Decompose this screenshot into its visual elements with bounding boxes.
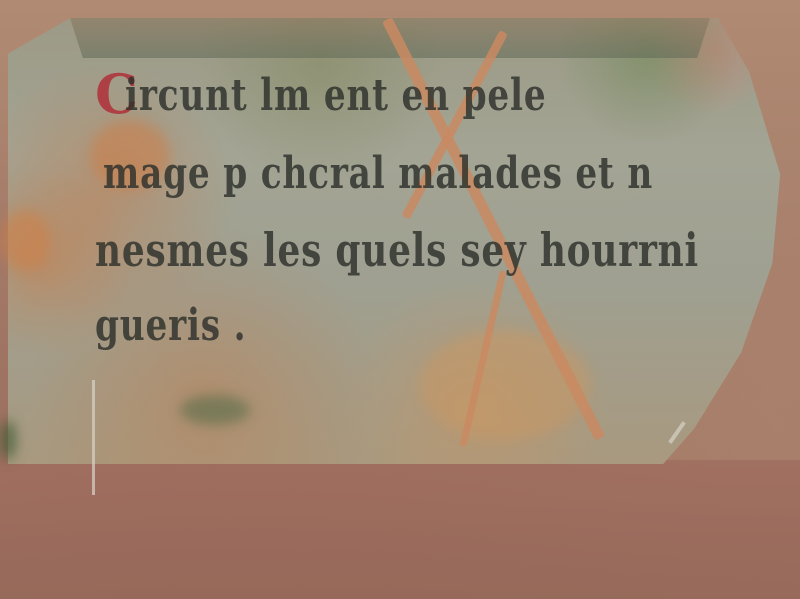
lower-wall-band: [0, 460, 800, 599]
green-plant-motif: [0, 420, 16, 460]
inscription-line-1: ircunt lm ent en pele: [125, 70, 546, 121]
ochre-stain: [420, 330, 590, 440]
inscription-line-3: nesmes les quels sey hourrni: [95, 223, 699, 277]
inscription-line-4: gueris .: [95, 300, 246, 351]
ochre-stain: [0, 210, 50, 270]
inscription-line-2: mage p chcral malades et n: [103, 148, 653, 199]
green-plant-motif: [180, 395, 250, 425]
plaster-chip: [92, 380, 95, 495]
